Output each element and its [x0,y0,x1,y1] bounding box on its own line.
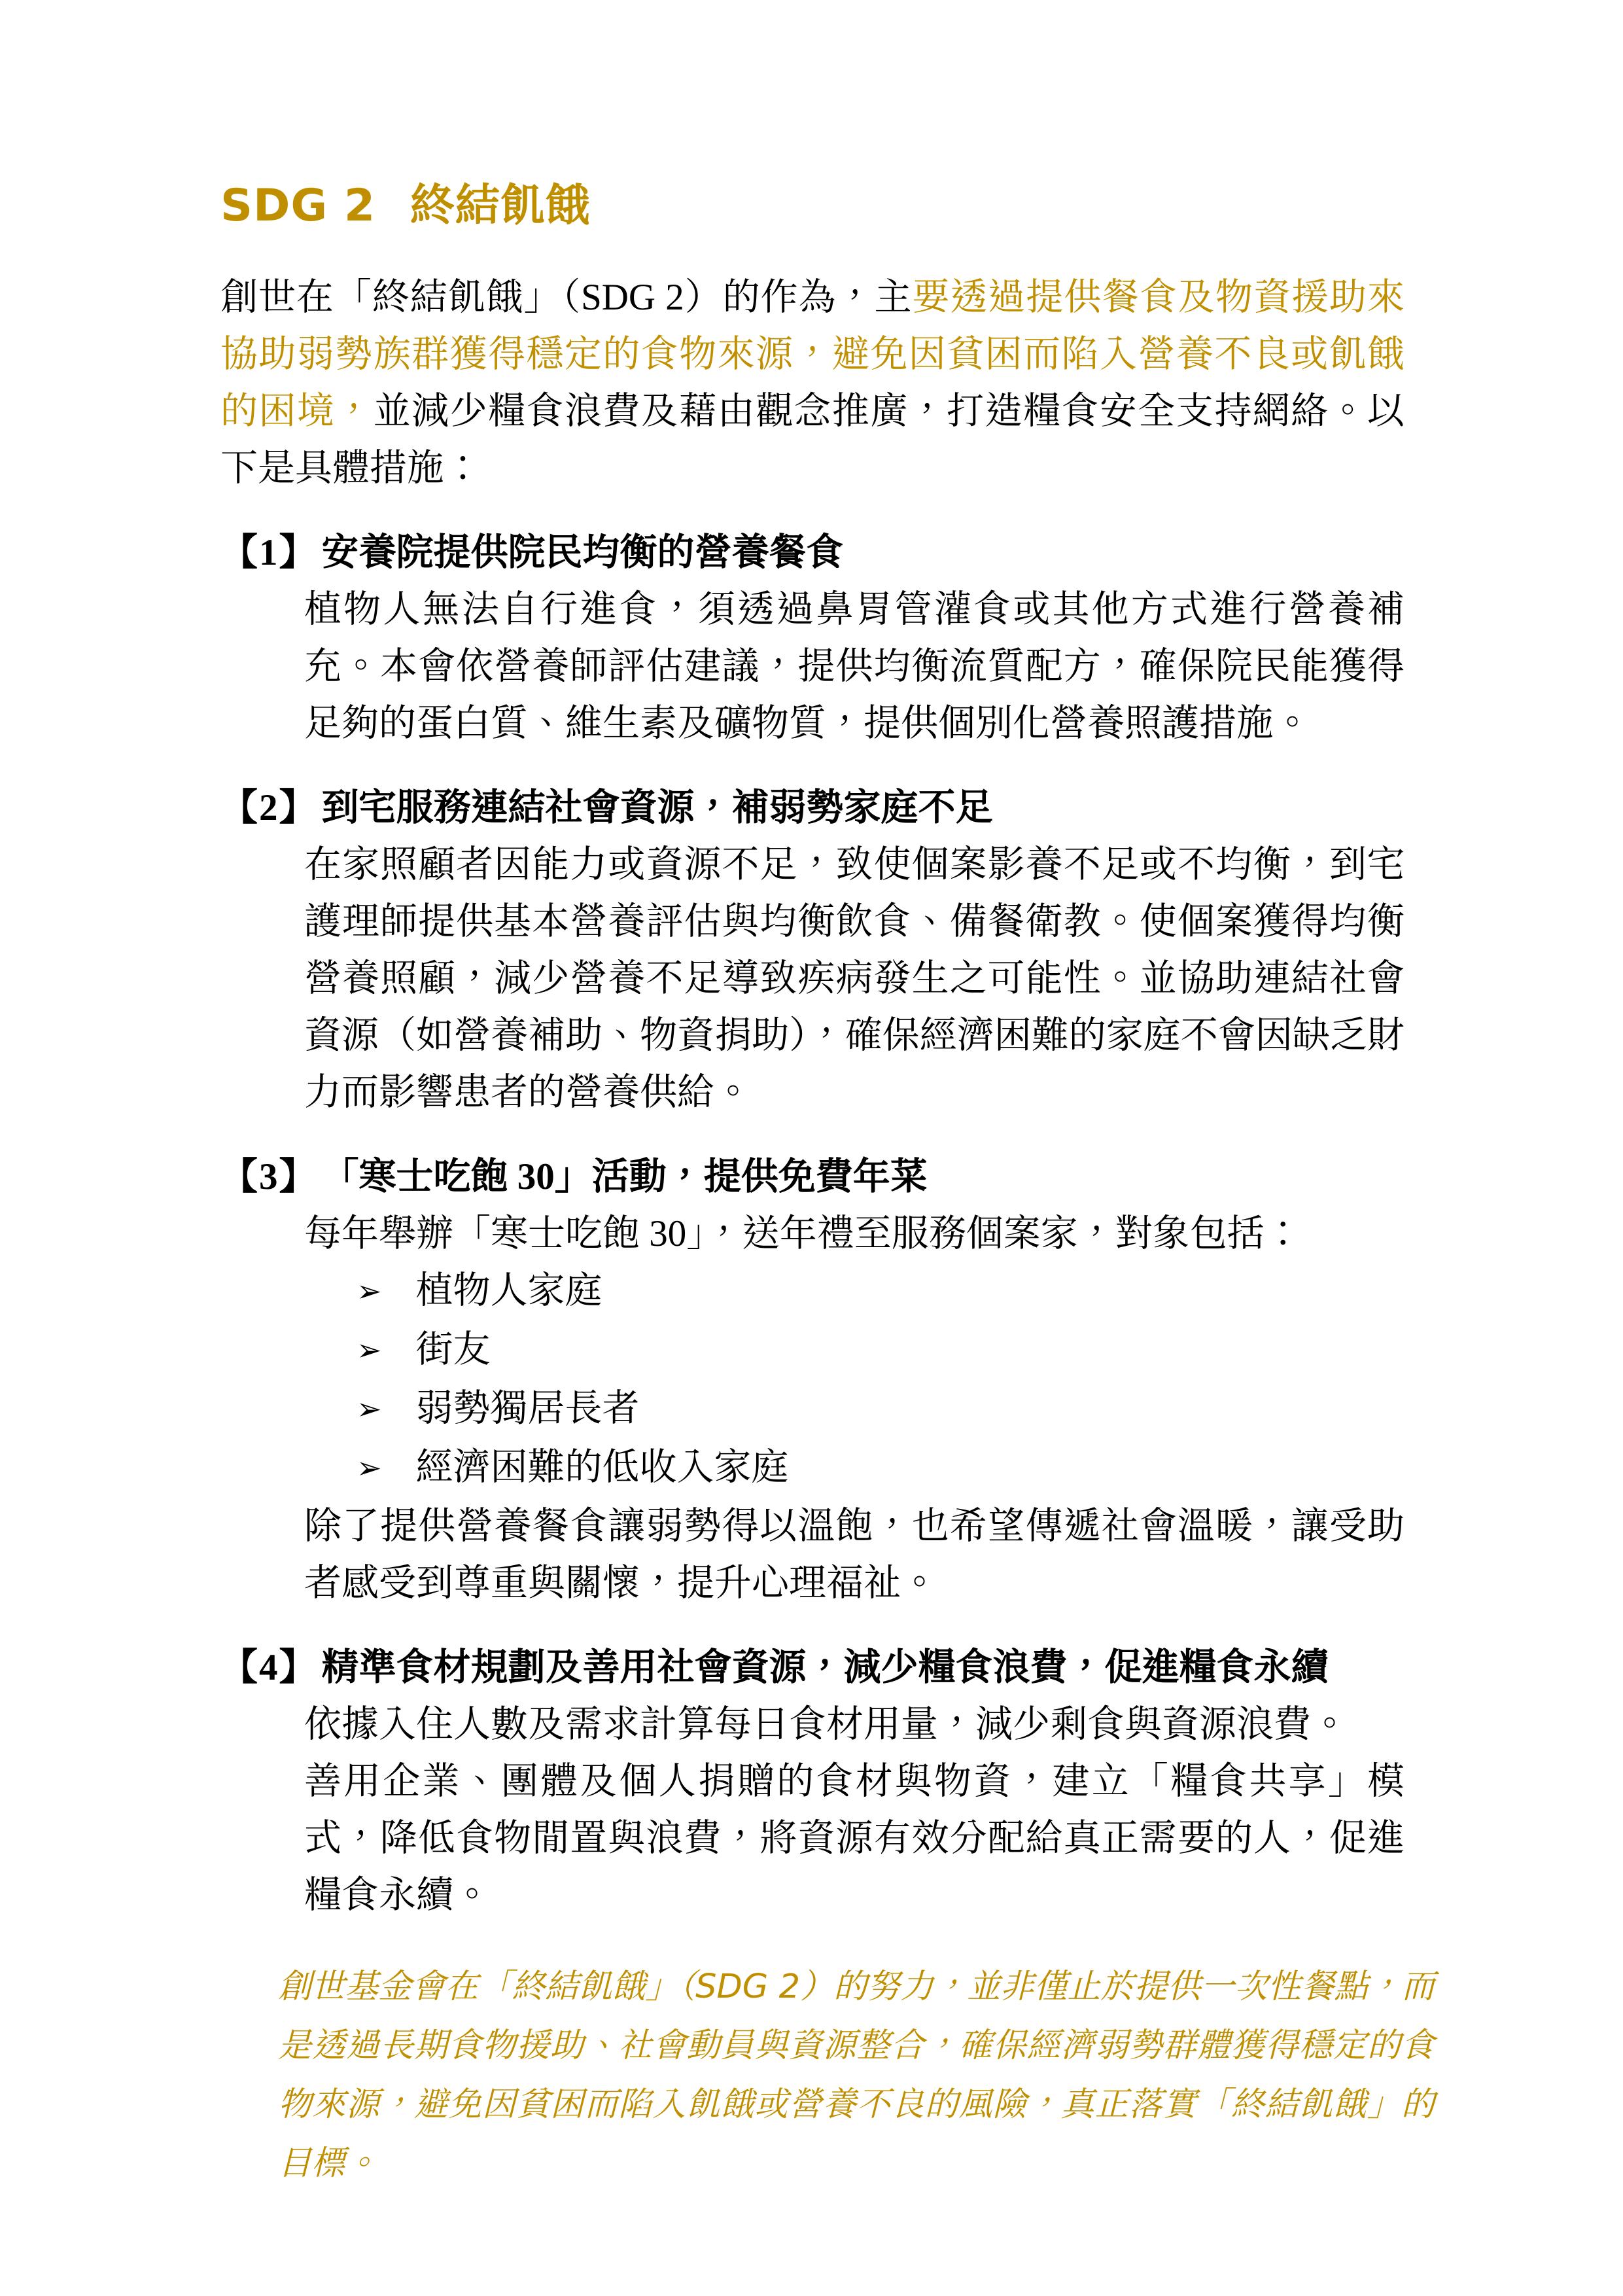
section-4-heading: 【4】 精準食材規劃及善用社會資源，減少糧食浪費，促進糧食永續 [220,1639,1405,1696]
section-4-title: 精準食材規劃及善用社會資源，減少糧食浪費，促進糧食永續 [322,1639,1405,1696]
section-3-number: 【3】 [220,1148,318,1205]
section-3: 【3】 「寒士吃飽 30」活動，提供免費年菜 每年舉辦「寒士吃飽 30」，送年禮… [220,1148,1405,1612]
section-1: 【1】 安養院提供院民均衡的營養餐食 植物人無法自行進食，須透過鼻胃管灌食或其他… [220,524,1405,752]
intro-black-prefix: 創世在「終結飢餓」（SDG 2）的作為，主 [220,277,913,318]
bullet-label: 經濟困難的低收入家庭 [416,1439,789,1496]
section-3-paragraph-before: 每年舉辦「寒士吃飽 30」，送年禮至服務個案家，對象包括： [304,1205,1405,1262]
bullet-label: 弱勢獨居長者 [416,1380,640,1438]
section-2-paragraph: 在家照顧者因能力或資源不足，致使個案影養不足或不均衡，到宅護理師提供基本營養評估… [304,836,1405,1121]
section-4-body: 依據入住人數及需求計算每日食材用量，減少剩食與資源浪費。 善用企業、團體及個人捐… [304,1696,1405,1924]
section-3-heading: 【3】 「寒士吃飽 30」活動，提供免費年菜 [220,1148,1405,1205]
arrow-bullet-icon: ➢ [357,1380,382,1438]
section-2-number: 【2】 [220,779,318,836]
recipient-bullet-list: ➢ 植物人家庭 ➢ 街友 ➢ 弱勢獨居長者 ➢ 經濟困難的低收入家庭 [304,1262,1405,1498]
list-item: ➢ 弱勢獨居長者 [357,1380,1405,1439]
list-item: ➢ 街友 [357,1321,1405,1380]
section-3-paragraph-after: 除了提供營養餐食讓弱勢得以溫飽，也希望傳遞社會溫暖，讓受助者感受到尊重與關懷，提… [304,1498,1405,1612]
section-1-title: 安養院提供院民均衡的營養餐食 [322,524,1405,581]
section-4-paragraph-1: 依據入住人數及需求計算每日食材用量，減少剩食與資源浪費。 [304,1696,1405,1753]
arrow-bullet-icon: ➢ [357,1321,382,1379]
bullet-label: 植物人家庭 [416,1262,602,1320]
list-item: ➢ 經濟困難的低收入家庭 [357,1439,1405,1498]
bullet-label: 街友 [416,1321,491,1379]
section-2-title: 到宅服務連結社會資源，補弱勢家庭不足 [322,779,1405,836]
arrow-bullet-icon: ➢ [357,1439,382,1496]
list-item: ➢ 植物人家庭 [357,1262,1405,1321]
section-1-paragraph: 植物人無法自行進食，須透過鼻胃管灌食或其他方式進行營養補充。本會依營養師評估建議… [304,581,1405,752]
page-title-chinese: 終結飢餓 [410,180,591,232]
section-3-body: 每年舉辦「寒士吃飽 30」，送年禮至服務個案家，對象包括： ➢ 植物人家庭 ➢ … [304,1205,1405,1612]
document-content: SDG 2 終結飢餓 創世在「終結飢餓」（SDG 2）的作為，主要透過提供餐食及… [220,182,1405,2193]
section-2-body: 在家照顧者因能力或資源不足，致使個案影養不足或不均衡，到宅護理師提供基本營養評估… [304,836,1405,1121]
section-4: 【4】 精準食材規劃及善用社會資源，減少糧食浪費，促進糧食永續 依據入住人數及需… [220,1639,1405,1924]
page-title: SDG 2 終結飢餓 [220,182,1405,231]
intro-black-suffix: 並減少糧食浪費及藉由觀念推廣，打造糧食安全支持網絡。以下是具體措施： [220,391,1405,489]
section-4-paragraph-2: 善用企業、團體及個人捐贈的食材與物資，建立「糧食共享」模式，降低食物閒置與浪費，… [304,1753,1405,1924]
arrow-bullet-icon: ➢ [357,1262,382,1320]
section-3-title: 「寒士吃飽 30」活動，提供免費年菜 [322,1148,1405,1205]
section-4-number: 【4】 [220,1639,318,1696]
section-1-heading: 【1】 安養院提供院民均衡的營養餐食 [220,524,1405,581]
document-page: SDG 2 終結飢餓 創世在「終結飢餓」（SDG 2）的作為，主要透過提供餐食及… [0,0,1623,2296]
section-2: 【2】 到宅服務連結社會資源，補弱勢家庭不足 在家照顧者因能力或資源不足，致使個… [220,779,1405,1121]
section-1-body: 植物人無法自行進食，須透過鼻胃管灌食或其他方式進行營養補充。本會依營養師評估建議… [304,581,1405,752]
intro-paragraph: 創世在「終結飢餓」（SDG 2）的作為，主要透過提供餐食及物資援助來協助弱勢族群… [220,269,1405,497]
closing-paragraph: 創世基金會在「終結飢餓」（SDG 2）的努力，並非僅止於提供一次性餐點，而是透過… [278,1958,1435,2193]
section-2-heading: 【2】 到宅服務連結社會資源，補弱勢家庭不足 [220,779,1405,836]
section-1-number: 【1】 [220,524,318,581]
page-title-sdg-number: SDG 2 [220,180,375,232]
